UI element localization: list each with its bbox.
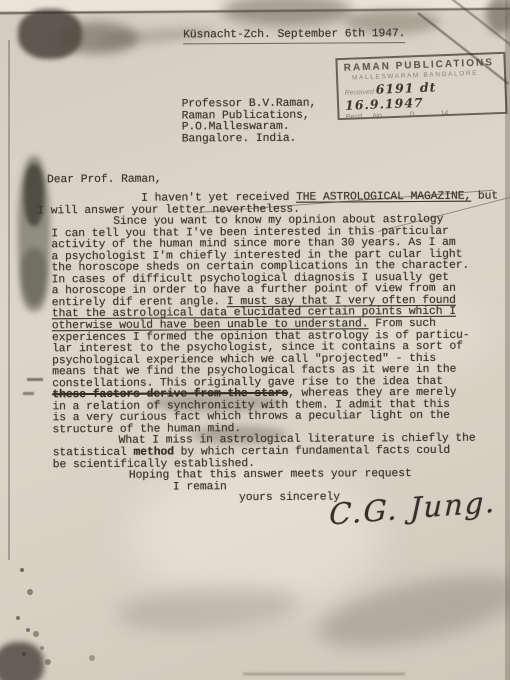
letter-body: I haven't yet received THE ASTROLOGICAL …: [51, 192, 483, 506]
dateline: Küsnacht-Zch. September 6th 1947.: [183, 29, 405, 44]
salutation: Dear Prof. Raman,: [47, 175, 162, 187]
photo-of-letter: Küsnacht-Zch. September 6th 1947. RAMAN …: [0, 0, 510, 680]
underlined-magazine-title: THE ASTROLOGICAL MAGAZINE,: [296, 191, 471, 204]
address-line: Bangalore. India.: [182, 133, 317, 145]
letter-content: Küsnacht-Zch. September 6th 1947. RAMAN …: [0, 0, 510, 680]
bold-word: method: [133, 447, 173, 459]
stamp-received-label: Received: [345, 89, 374, 97]
address-block: Professor B.V.Raman, Raman Publications,…: [182, 99, 317, 146]
stamp-received-line: Received 6191 dt 16.9.1947: [344, 77, 501, 113]
received-stamp: RAMAN PUBLICATIONS MALLESWARAM BANGALORE…: [335, 52, 507, 120]
